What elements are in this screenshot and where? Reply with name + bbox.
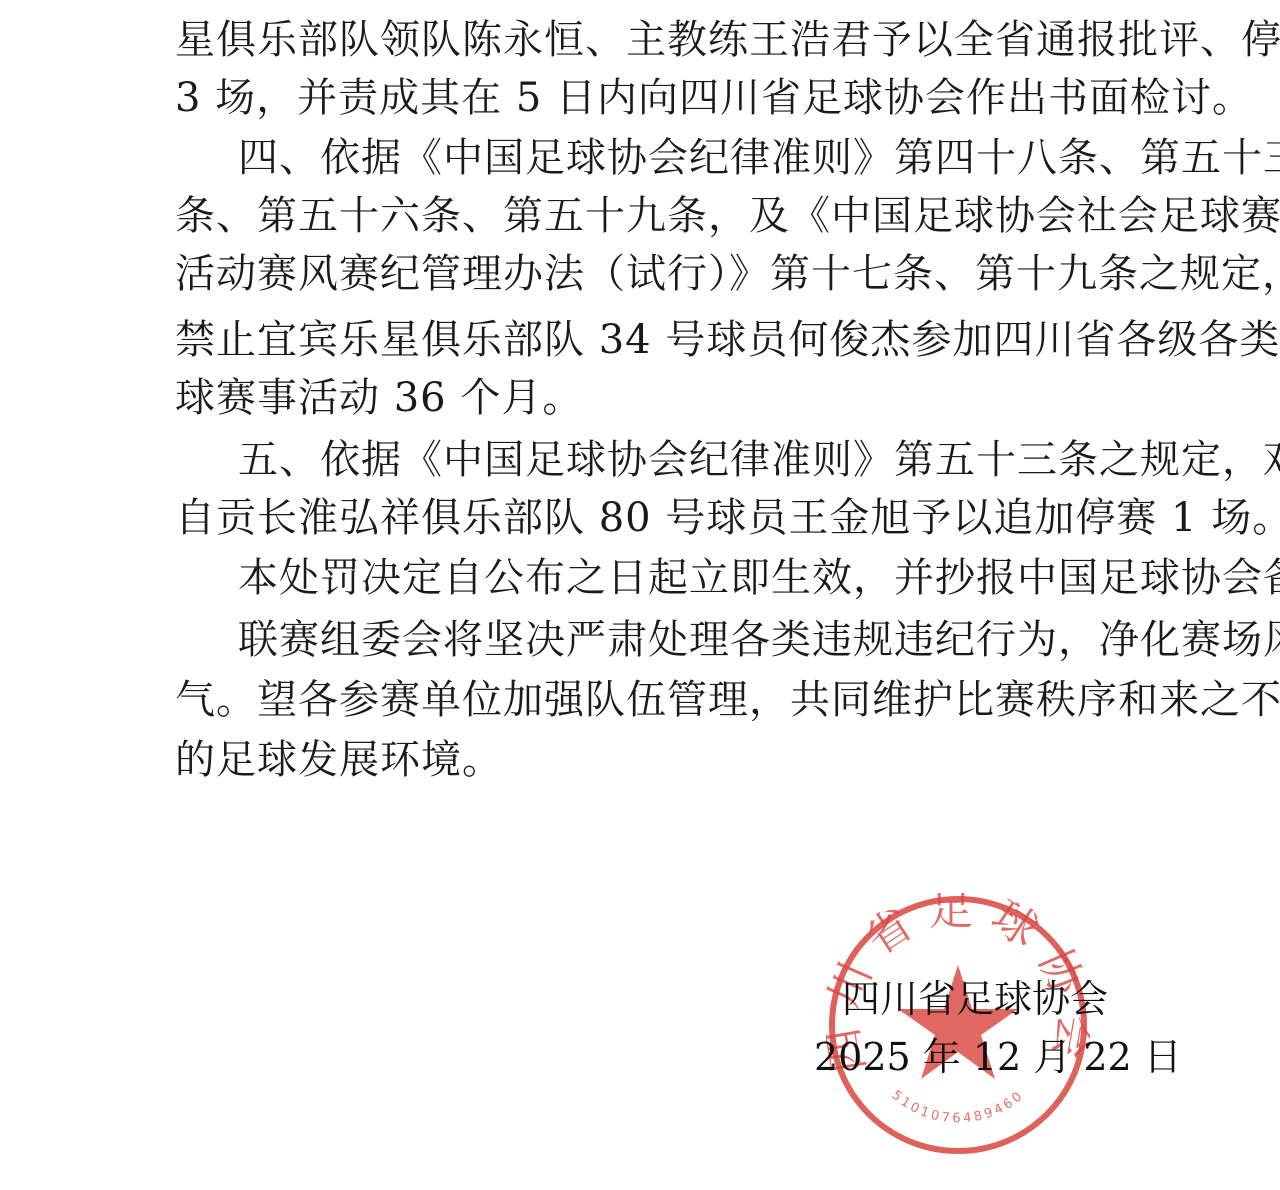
text-line: 五、依据《中国足球协会纪律准则》第五十三条之规定，对 [238,436,1125,484]
text-line: 本处罚决定自公布之日起立即生效，并抄报中国足球协会备案。 [238,554,1125,602]
text-line: 3 场，并责成其在 5 日内向四川省足球协会作出书面检讨。 [175,74,1125,122]
text-line: 禁止宜宾乐星俱乐部队 34 号球员何俊杰参加四川省各级各类足 [175,316,1125,364]
text-line: 条、第五十六条、第五十九条，及《中国足球协会社会足球赛事 [175,192,1125,240]
text-line: 球赛事活动 36 个月。 [175,374,1125,422]
text-line: 联赛组委会将坚决严肃处理各类违规违纪行为，净化赛场风 [238,616,1125,664]
text-line: 活动赛风赛纪管理办法（试行）》第十七条、第十九条之规定， [175,250,1125,298]
svg-text:5101076489460: 5101076489460 [888,1088,1027,1127]
red-star-seal-icon: 四川省足球协会 5101076489460 [826,893,1090,1157]
document-page: 星俱乐部队领队陈永恒、主教练王浩君予以全省通报批评、停赛 3 场，并责成其在 5… [0,0,1280,1190]
signature-organization: 四川省足球协会 [842,976,1108,1022]
signature-date: 2025 年 12 月 22 日 [814,1034,1182,1080]
text-line: 自贡长淮弘祥俱乐部队 80 号球员王金旭予以追加停赛 1 场。 [175,494,1125,542]
text-line: 星俱乐部队领队陈永恒、主教练王浩君予以全省通报批评、停赛 [175,16,1125,64]
text-line: 的足球发展环境。 [175,736,1125,784]
text-line: 气。望各参赛单位加强队伍管理，共同维护比赛秩序和来之不易 [175,676,1125,724]
text-line: 四、依据《中国足球协会纪律准则》第四十八条、第五十三 [238,134,1125,182]
